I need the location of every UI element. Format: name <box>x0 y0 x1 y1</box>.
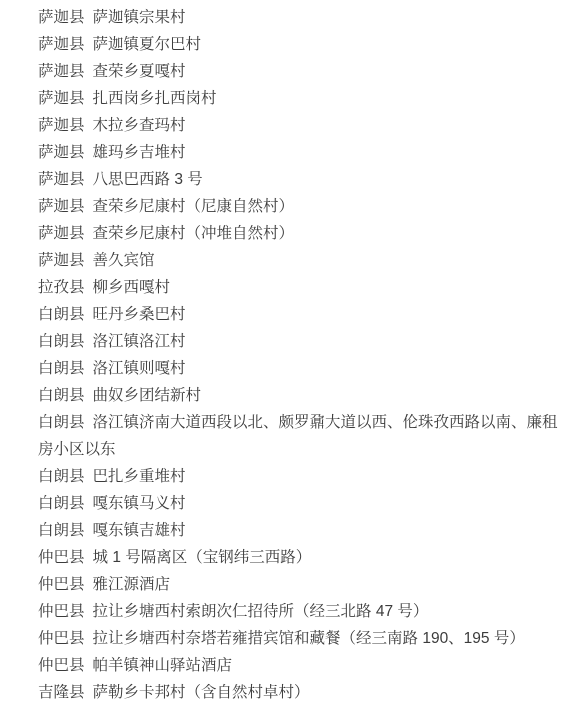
list-item: 萨迦县八思巴西路 3 号 <box>38 166 561 193</box>
county-label: 萨迦县 <box>38 198 85 215</box>
county-label: 萨迦县 <box>38 36 85 53</box>
place-label: 帕羊镇神山驿站酒店 <box>93 657 233 674</box>
county-label: 白朗县 <box>38 333 85 350</box>
place-label: 萨迦镇夏尔巴村 <box>93 36 202 53</box>
place-label: 善久宾馆 <box>93 252 155 269</box>
list-item: 白朗县巴扎乡重堆村 <box>38 463 561 490</box>
list-item: 白朗县洛江镇洛江村 <box>38 328 561 355</box>
list-item: 白朗县嘎东镇马义村 <box>38 490 561 517</box>
place-label: 旺丹乡桑巴村 <box>93 306 186 323</box>
place-label: 萨勒乡卡邦村（含自然村卓村） <box>93 684 310 701</box>
place-label: 查荣乡夏嘎村 <box>93 63 186 80</box>
list-item: 萨迦县扎西岗乡扎西岗村 <box>38 85 561 112</box>
place-label: 雄玛乡吉堆村 <box>93 144 186 161</box>
place-label: 木拉乡查玛村 <box>93 117 186 134</box>
county-label: 白朗县 <box>38 468 85 485</box>
list-item: 拉孜县柳乡西嘎村 <box>38 274 561 301</box>
list-item: 仲巴县雅江源酒店 <box>38 571 561 598</box>
county-label: 萨迦县 <box>38 90 85 107</box>
county-label: 白朗县 <box>38 306 85 323</box>
list-item: 仲巴县拉让乡塘西村奈塔若雍措宾馆和藏餐（经三南路 190、195 号） <box>38 625 561 652</box>
list-item: 白朗县旺丹乡桑巴村 <box>38 301 561 328</box>
county-label: 白朗县 <box>38 387 85 404</box>
county-label: 萨迦县 <box>38 252 85 269</box>
county-label: 仲巴县 <box>38 630 85 647</box>
county-label: 萨迦县 <box>38 225 85 242</box>
county-label: 萨迦县 <box>38 117 85 134</box>
county-label: 萨迦县 <box>38 9 85 26</box>
place-label: 洛江镇洛江村 <box>93 333 186 350</box>
list-item: 萨迦县查荣乡尼康村（尼康自然村） <box>38 193 561 220</box>
list-item: 白朗县洛江镇则嘎村 <box>38 355 561 382</box>
place-label: 柳乡西嘎村 <box>93 279 171 296</box>
list-item: 仲巴县城 1 号隔离区（宝钢纬三西路） <box>38 544 561 571</box>
county-label: 拉孜县 <box>38 279 85 296</box>
place-label: 查荣乡尼康村（冲堆自然村） <box>93 225 295 242</box>
place-label: 嘎东镇吉雄村 <box>93 522 186 539</box>
county-label: 白朗县 <box>38 360 85 377</box>
list-item: 仲巴县拉让乡塘西村索朗次仁招待所（经三北路 47 号） <box>38 598 561 625</box>
list-item: 萨迦县萨迦镇夏尔巴村 <box>38 31 561 58</box>
county-label: 白朗县 <box>38 522 85 539</box>
place-label: 八思巴西路 3 号 <box>93 171 203 188</box>
county-label: 仲巴县 <box>38 657 85 674</box>
place-label: 巴扎乡重堆村 <box>93 468 186 485</box>
county-label: 萨迦县 <box>38 63 85 80</box>
county-label: 萨迦县 <box>38 171 85 188</box>
county-label: 吉隆县 <box>38 684 85 701</box>
county-label: 仲巴县 <box>38 549 85 566</box>
county-label: 仲巴县 <box>38 603 85 620</box>
list-item: 白朗县曲奴乡团结新村 <box>38 382 561 409</box>
county-label: 萨迦县 <box>38 144 85 161</box>
place-label: 拉让乡塘西村索朗次仁招待所（经三北路 47 号） <box>93 603 429 620</box>
county-label: 仲巴县 <box>38 576 85 593</box>
place-label: 雅江源酒店 <box>93 576 171 593</box>
county-label: 白朗县 <box>38 414 85 431</box>
risk-area-list: 萨迦县萨迦镇宗果村萨迦县萨迦镇夏尔巴村萨迦县查荣乡夏嘎村萨迦县扎西岗乡扎西岗村萨… <box>0 0 571 704</box>
list-item: 萨迦县木拉乡查玛村 <box>38 112 561 139</box>
place-label: 曲奴乡团结新村 <box>93 387 202 404</box>
place-label: 查荣乡尼康村（尼康自然村） <box>93 198 295 215</box>
place-label: 洛江镇济南大道西段以北、颇罗鼐大道以西、伦珠孜西路以南、廉租房小区以东 <box>38 414 558 458</box>
list-item: 白朗县嘎东镇吉雄村 <box>38 517 561 544</box>
place-label: 萨迦镇宗果村 <box>93 9 186 26</box>
place-label: 城 1 号隔离区（宝钢纬三西路） <box>93 549 312 566</box>
list-item: 萨迦县雄玛乡吉堆村 <box>38 139 561 166</box>
list-item: 仲巴县帕羊镇神山驿站酒店 <box>38 652 561 679</box>
county-label: 白朗县 <box>38 495 85 512</box>
list-item: 萨迦县萨迦镇宗果村 <box>38 4 561 31</box>
place-label: 扎西岗乡扎西岗村 <box>93 90 217 107</box>
list-item: 萨迦县查荣乡夏嘎村 <box>38 58 561 85</box>
place-label: 嘎东镇马义村 <box>93 495 186 512</box>
place-label: 拉让乡塘西村奈塔若雍措宾馆和藏餐（经三南路 190、195 号） <box>93 630 525 647</box>
list-item: 萨迦县善久宾馆 <box>38 247 561 274</box>
list-item: 吉隆县萨勒乡卡邦村（含自然村卓村） <box>38 679 561 704</box>
place-label: 洛江镇则嘎村 <box>93 360 186 377</box>
list-item: 白朗县洛江镇济南大道西段以北、颇罗鼐大道以西、伦珠孜西路以南、廉租房小区以东 <box>38 409 561 463</box>
list-item: 萨迦县查荣乡尼康村（冲堆自然村） <box>38 220 561 247</box>
